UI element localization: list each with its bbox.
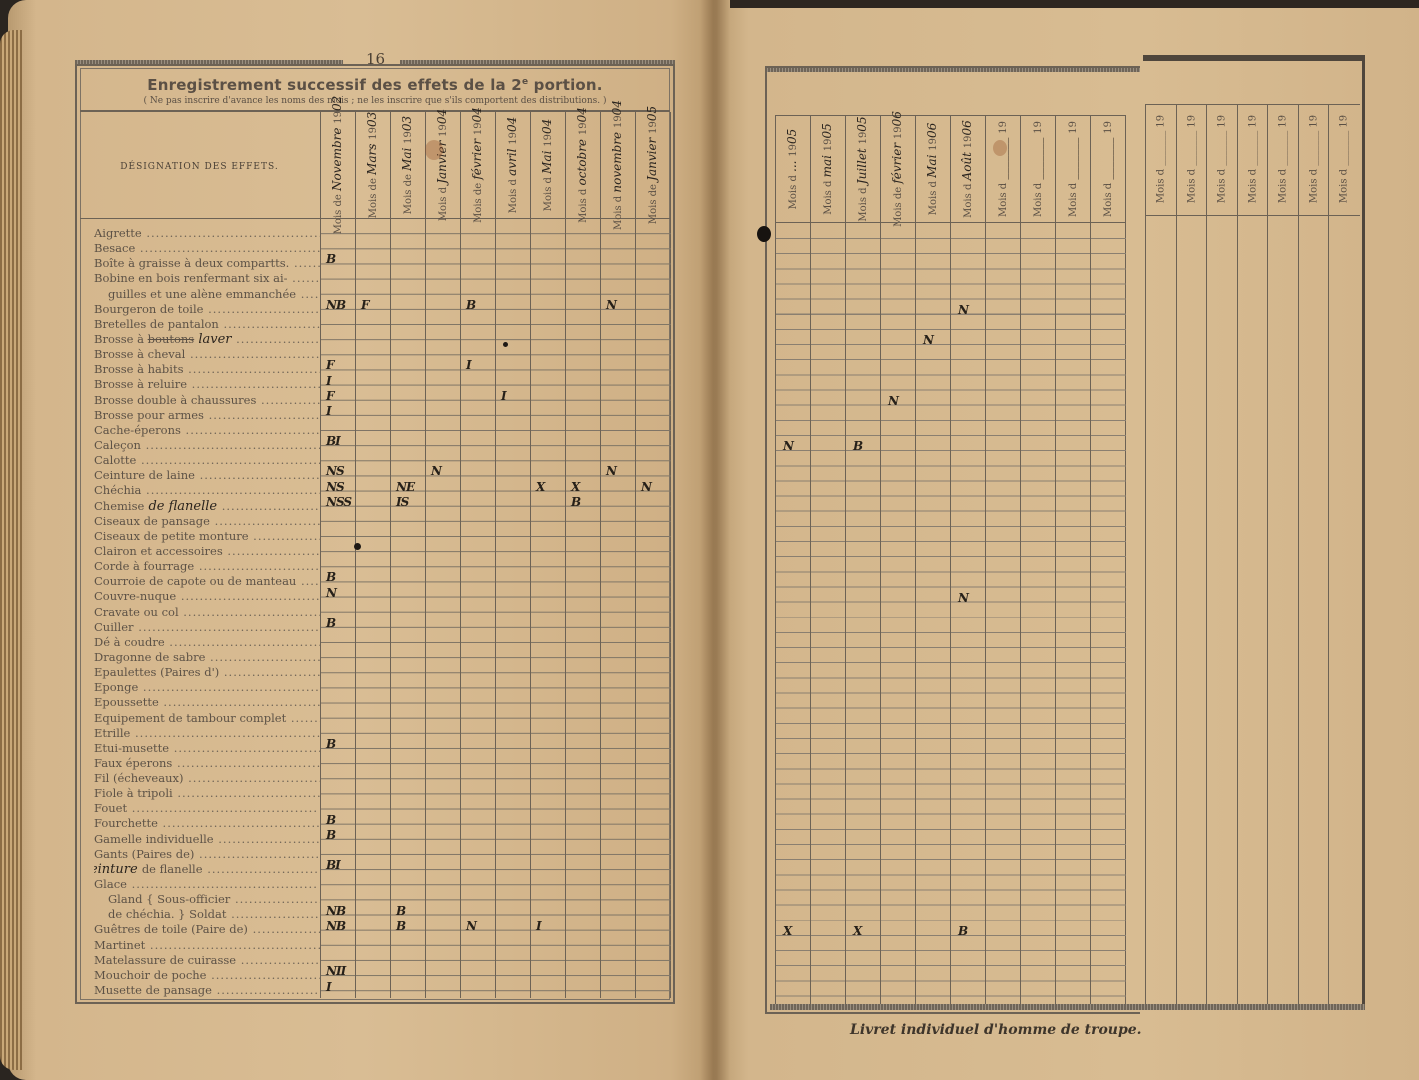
- item-row: Glace ..................................…: [94, 877, 320, 892]
- item-row: Corde à fourrage .......................…: [94, 559, 320, 574]
- month-prefix: de: [333, 191, 344, 207]
- struck-text: boutons: [148, 332, 195, 346]
- month-label: Mois: [403, 186, 414, 214]
- month-label: Mois: [1068, 189, 1079, 217]
- month-label: Mois: [1156, 175, 1167, 203]
- item-label: Guêtres de toile (Paire de): [94, 922, 248, 936]
- handwritten-mark: X: [853, 924, 861, 938]
- item-label: Chemise: [94, 499, 144, 513]
- leader-dots: ........................................: [249, 529, 320, 543]
- month-label: Mois: [823, 187, 834, 215]
- month-column-header: Mois d Juillet 1905: [845, 116, 879, 222]
- designation-header: DÉSIGNATION DES EFFETS.: [82, 162, 317, 172]
- column-divider: [1176, 104, 1177, 1004]
- handwritten-month: Mars: [365, 140, 379, 175]
- handwritten-mark: N: [431, 464, 441, 478]
- item-row: Equipement de tambour complet ..........…: [94, 711, 320, 726]
- item-label: Epaulettes (Paires d'): [94, 665, 219, 679]
- year-prefix: 19: [508, 132, 519, 145]
- item-row: Aigrette ...............................…: [94, 226, 320, 241]
- distribution-grid: BNBFBNFIIFIIBINSNNNSNEXXNNSSISBBNBBBBBIN…: [320, 220, 670, 998]
- handwritten-mark: N: [606, 464, 616, 478]
- handwritten-year: 04: [540, 119, 554, 134]
- leader-dots: ........................................: [205, 650, 320, 664]
- leader-dots: ........................................: [183, 362, 320, 376]
- handwritten-mark: F: [326, 358, 334, 372]
- handwritten-mark: N: [888, 394, 898, 408]
- item-label: Gland { Sous-officier: [108, 892, 230, 906]
- item-label: de chéchia. } Soldat: [108, 907, 226, 921]
- handwritten-mark: B: [466, 298, 475, 312]
- handwritten-mark: B: [958, 924, 967, 938]
- item-row: Epaulettes (Paires d') .................…: [94, 665, 320, 680]
- item-label: Ceinture de laine: [94, 468, 195, 482]
- month-column-header: Mois d Mai 1904: [530, 112, 564, 218]
- page-edges: [0, 30, 22, 1070]
- right-bottom-rule: [770, 1004, 1365, 1010]
- handwritten-mark: N: [923, 333, 933, 347]
- handwritten-month: mai: [820, 151, 834, 177]
- month-prefix: de: [473, 180, 484, 196]
- month-prefix: d: [788, 172, 799, 182]
- item-row: Chemise de flanelle ....................…: [94, 499, 320, 514]
- year-prefix: 19: [1033, 121, 1044, 134]
- column-divider: [1328, 104, 1329, 1004]
- month-prefix: d _______: [1217, 128, 1228, 176]
- handwritten-month: ...: [785, 157, 799, 172]
- item-row: Dé à coudre ............................…: [94, 635, 320, 650]
- month-label: Mois: [1103, 189, 1114, 217]
- month-column-header: Mois d _______ 19: [1267, 106, 1297, 212]
- ink-dot: [503, 342, 508, 347]
- item-label: Equipement de tambour complet: [94, 711, 286, 725]
- year-prefix: 19: [648, 121, 659, 134]
- handwritten-year: 05: [645, 106, 659, 121]
- grid-column: [390, 220, 426, 998]
- month-header-text: Mois d _______ 19: [1306, 115, 1319, 203]
- month-prefix: de: [368, 175, 379, 191]
- month-header-text: Mois d _______ 19: [1245, 115, 1258, 203]
- month-column-header: Mois d Mai 1906: [915, 116, 949, 222]
- month-prefix: de: [648, 181, 659, 197]
- column-divider: [1145, 104, 1146, 1004]
- month-label: Mois: [543, 183, 554, 211]
- leader-dots: ........................................: [296, 287, 320, 301]
- page-subtitle: ( Ne pas inscrire d'avance les noms des …: [80, 96, 670, 106]
- item-row: Fouet ..................................…: [94, 801, 320, 816]
- month-column-header: Mois de février 1906: [880, 116, 914, 222]
- item-row: Ciseaux de petite monture ..............…: [94, 529, 320, 544]
- leader-dots: ........................................: [172, 756, 320, 770]
- item-label: Cravate ou col: [94, 605, 179, 619]
- month-label: Mois: [438, 193, 449, 221]
- month-label: Mois: [368, 190, 379, 218]
- item-row: Martinet ...............................…: [94, 938, 320, 953]
- month-label: Mois: [1308, 175, 1319, 203]
- month-prefix: d _______: [1339, 128, 1350, 176]
- month-header-text: Mois de Novembre 1902: [330, 96, 344, 235]
- handwritten-mark: NE: [396, 480, 414, 494]
- year-prefix: 19: [893, 126, 904, 139]
- month-prefix: d: [1033, 180, 1044, 190]
- item-row: Gants (Paires de) ......................…: [94, 847, 320, 862]
- item-label: Bourgeron de toile: [94, 302, 203, 316]
- month-label: Mois: [1186, 175, 1197, 203]
- month-label: Mois: [788, 182, 799, 210]
- handwritten-year: 03: [365, 112, 379, 127]
- handwritten-mark: N: [783, 439, 793, 453]
- item-label: Faux éperons: [94, 756, 172, 770]
- item-row: Besace .................................…: [94, 241, 320, 256]
- month-label: Mois: [1033, 189, 1044, 217]
- item-row: Bourgeron de toile .....................…: [94, 302, 320, 317]
- background-strip: [730, 0, 1419, 8]
- handwritten-month: _______: [1065, 134, 1079, 180]
- month-column-header: Mois d novembre 1904: [600, 112, 634, 218]
- item-row: Etui-musette ...........................…: [94, 741, 320, 756]
- handwritten-month: février: [890, 139, 904, 184]
- handwritten-mark: BI: [326, 858, 340, 872]
- column-divider: [1206, 104, 1207, 1004]
- handwritten-year: 06: [890, 111, 904, 126]
- month-prefix: d _______: [1186, 128, 1197, 176]
- item-label: Fil (écheveaux): [94, 771, 183, 785]
- item-label: Ciseaux de petite monture: [94, 529, 249, 543]
- item-label: Etrille: [94, 726, 130, 740]
- handwritten-mark: I: [466, 358, 471, 372]
- book-gutter: [700, 0, 730, 1080]
- year-prefix: 19: [963, 135, 974, 148]
- leader-dots: ........................................: [288, 271, 320, 285]
- month-column-header: Mois d octobre 1904: [565, 112, 599, 218]
- month-prefix: de: [893, 184, 904, 200]
- handwritten-month: Janvier: [645, 134, 659, 181]
- handwritten-mark: NS: [326, 480, 344, 494]
- handwritten-year: 05: [855, 116, 869, 131]
- leader-dots: ........................................: [181, 423, 320, 437]
- item-row: Couvre-nuque ...........................…: [94, 589, 320, 604]
- item-label: Bobine en bois renfermant six ai-: [94, 271, 288, 285]
- item-row: Mouchoir de poche ......................…: [94, 968, 320, 983]
- item-row: Cuiller ................................…: [94, 620, 320, 635]
- item-row: Bretelles de pantalon ..................…: [94, 317, 320, 332]
- item-row: Fiole à tripoli ........................…: [94, 786, 320, 801]
- item-list: Aigrette ...............................…: [94, 226, 320, 998]
- month-prefix: d: [998, 180, 1009, 190]
- page-footer: Livret individuel d'homme de troupe.: [850, 1022, 1142, 1038]
- month-prefix: d: [613, 193, 624, 203]
- item-row: Cache-éperons ..........................…: [94, 423, 320, 438]
- item-label: Brosse double à chaussures: [94, 393, 256, 407]
- item-row: Calotte ................................…: [94, 453, 320, 468]
- column-divider: [1298, 104, 1299, 1004]
- item-row: Musette de pansage .....................…: [94, 983, 320, 998]
- month-column-header: Mois de Mars 1903: [355, 112, 389, 218]
- handwritten-mark: X: [783, 924, 791, 938]
- handwritten-mark: N: [958, 303, 968, 317]
- item-label: Gants (Paires de): [94, 847, 194, 861]
- grid-column: [460, 220, 496, 998]
- item-row: Matelassure de cuirasse ................…: [94, 953, 320, 968]
- item-row: Brosse pour armes ......................…: [94, 408, 320, 423]
- month-header-text: Mois d _______ 19: [1184, 115, 1197, 203]
- item-row: Chéchia ................................…: [94, 483, 320, 498]
- grid-column: [775, 225, 811, 1003]
- leader-dots: ........................................: [138, 680, 320, 694]
- item-label: guilles et une alène emmanchée: [108, 287, 296, 301]
- handwritten-mark: I: [326, 374, 331, 388]
- month-prefix: d: [1103, 180, 1114, 190]
- month-header-text: Mois d _______ 19: [1065, 121, 1079, 217]
- month-header-text: Mois d mai 1905: [820, 123, 834, 215]
- leader-dots: ........................................: [127, 877, 318, 891]
- handwritten-mark: N: [958, 591, 968, 605]
- item-label: Couvre-nuque: [94, 589, 176, 603]
- grid-column: [355, 220, 391, 998]
- month-column-header: Mois de Janvier 1905: [635, 112, 669, 218]
- year-prefix: 19: [578, 122, 589, 135]
- handwritten-year: 05: [820, 123, 834, 138]
- month-prefix: d: [823, 177, 834, 187]
- handwritten-mark: I: [326, 404, 331, 418]
- leader-dots: ........................................: [135, 241, 320, 255]
- month-header-text: Mois de Mai 1903: [400, 116, 414, 214]
- month-prefix: d _______: [1278, 128, 1289, 176]
- month-header-text: Mois d Janvier 1904: [435, 109, 449, 221]
- leader-dots: ........................................: [134, 620, 320, 634]
- year-prefix: 19: [1247, 115, 1258, 128]
- item-label: Mouchoir de poche: [94, 968, 206, 982]
- handwritten-year: 06: [925, 123, 939, 138]
- right-header-divider: [775, 222, 1125, 223]
- item-row: Courroie de capote ou de manteau .......…: [94, 574, 320, 589]
- item-label: Aigrette: [94, 226, 142, 240]
- leader-dots: ........................................: [204, 408, 320, 422]
- handwritten-mark: X: [571, 480, 579, 494]
- year-prefix: 19: [1156, 115, 1167, 128]
- year-prefix: 19: [928, 138, 939, 151]
- leader-dots: ........................................: [226, 907, 320, 921]
- column-divider: [1237, 104, 1238, 1004]
- handwritten-month: Août: [960, 148, 974, 180]
- item-label: Besace: [94, 241, 135, 255]
- grid-column: [1020, 225, 1056, 1003]
- leader-dots: ........................................: [187, 377, 320, 391]
- handwritten-mark: NB: [326, 919, 345, 933]
- year-prefix: 19: [613, 115, 624, 128]
- handwritten-mark: N: [641, 480, 651, 494]
- item-label: Corde à fourrage: [94, 559, 194, 573]
- handwritten-mark: IS: [396, 495, 408, 509]
- item-label: Fiole à tripoli: [94, 786, 173, 800]
- handwritten-annotation: Ceinture: [94, 862, 142, 877]
- item-label: Glace: [94, 877, 127, 891]
- grid-column: [425, 220, 461, 998]
- leader-dots: ........................................: [194, 847, 320, 861]
- month-prefix: d: [858, 184, 869, 194]
- handwritten-mark: NB: [326, 904, 345, 918]
- item-row: Fourchette .............................…: [94, 816, 320, 831]
- leader-dots: ........................................: [141, 438, 320, 452]
- item-label: Epoussette: [94, 695, 159, 709]
- leader-dots: ........................................: [210, 514, 320, 528]
- item-row: Eponge .................................…: [94, 680, 320, 695]
- grid-column: [985, 225, 1021, 1003]
- leader-dots: ........................................: [173, 786, 320, 800]
- month-label: Mois: [508, 186, 519, 214]
- month-label: Mois: [928, 187, 939, 215]
- month-header-text: Mois de février 1904: [470, 107, 484, 223]
- leader-dots: ........................................: [142, 226, 320, 240]
- grid-column: [320, 220, 356, 998]
- item-label: Brosse à reluire: [94, 377, 187, 391]
- open-booklet: 16 Enregistrement successif des effets d…: [0, 0, 1419, 1080]
- leader-dots: ........................................: [165, 635, 320, 649]
- year-prefix: 19: [1068, 121, 1079, 134]
- year-prefix: 19: [823, 138, 834, 151]
- handwritten-mark: NSS: [326, 495, 351, 509]
- month-prefix: d: [963, 180, 974, 190]
- handwritten-mark: BI: [326, 434, 340, 448]
- leader-dots: ........................................: [206, 968, 320, 982]
- year-prefix: 19: [1217, 115, 1228, 128]
- year-prefix: 19: [1103, 121, 1114, 134]
- handwritten-year: 04: [435, 109, 449, 124]
- leader-dots: ........................................: [141, 483, 320, 497]
- binding-hole: [757, 226, 771, 242]
- handwritten-mark: NB: [326, 298, 345, 312]
- handwritten-mark: B: [396, 919, 405, 933]
- year-prefix: 19: [333, 111, 344, 124]
- leader-dots: ........................................: [145, 938, 320, 952]
- handwritten-mark: B: [326, 616, 335, 630]
- leader-dots: ........................................: [232, 332, 321, 346]
- item-label: de flanelle: [142, 862, 203, 876]
- item-row: Brosse à cheval ........................…: [94, 347, 320, 362]
- leader-dots: ........................................: [159, 695, 320, 709]
- month-header-text: Mois de Mars 1903: [365, 112, 379, 218]
- handwritten-mark: B: [396, 904, 405, 918]
- item-row: Etrille ................................…: [94, 726, 320, 741]
- month-column-header: Mois d _______ 19: [1206, 106, 1236, 212]
- item-row: Fil (écheveaux) ........................…: [94, 771, 320, 786]
- year-prefix: 19: [1278, 115, 1289, 128]
- leader-dots: ........................................: [223, 544, 320, 558]
- leader-dots: ........................................: [289, 256, 320, 270]
- month-column-header: Mois d _______ 19: [1298, 106, 1328, 212]
- month-column-header: Mois d avril 1904: [495, 112, 529, 218]
- month-header-text: Mois d Août 1906: [960, 120, 974, 218]
- month-header-text: Mois d _______ 19: [1215, 115, 1228, 203]
- item-label: Brosse pour armes: [94, 408, 204, 422]
- month-column-header: Mois d _______ 19: [985, 116, 1019, 222]
- grid-column: [565, 220, 601, 998]
- grid-column: [880, 225, 916, 1003]
- grid-column: [635, 220, 671, 998]
- item-row: Guêtres de toile (Paire de) ............…: [94, 922, 320, 937]
- handwritten-month: Mai: [540, 147, 554, 174]
- handwritten-year: 04: [470, 107, 484, 122]
- month-header-text: Mois d Mai 1904: [540, 119, 554, 211]
- column-divider: [1267, 104, 1268, 1004]
- grid-column: [915, 225, 951, 1003]
- year-prefix: 19: [368, 127, 379, 140]
- item-row: Boîte à graisse à deux compartts. ......…: [94, 256, 320, 271]
- month-header-text: Mois d _______ 19: [1337, 115, 1350, 203]
- month-header-text: Mois d _______ 19: [1030, 121, 1044, 217]
- leader-dots: ........................................: [194, 559, 320, 573]
- item-label: Calotte: [94, 453, 136, 467]
- grid-column: [1090, 225, 1126, 1003]
- leader-dots: ........................................: [203, 302, 320, 316]
- year-prefix: 19: [438, 124, 449, 137]
- handwritten-month: Mai: [400, 144, 414, 171]
- item-row: Caleçon ................................…: [94, 438, 320, 453]
- handwritten-mark: NS: [326, 464, 344, 478]
- handwritten-year: 04: [610, 100, 624, 115]
- handwritten-year: 04: [575, 107, 589, 122]
- item-row: Ceinture de laine ......................…: [94, 468, 320, 483]
- leader-dots: ........................................: [136, 453, 320, 467]
- handwritten-mark: B: [326, 828, 335, 842]
- item-label: Cache-éperons: [94, 423, 181, 437]
- grid-column: [530, 220, 566, 998]
- month-prefix: d: [578, 185, 589, 195]
- item-label: Musette de pansage: [94, 983, 212, 997]
- leader-dots: ........................................: [127, 801, 318, 815]
- leader-dots: ........................................: [176, 589, 320, 603]
- month-prefix: de: [403, 171, 414, 187]
- month-label: Mois: [1278, 175, 1289, 203]
- handwritten-year: 04: [505, 117, 519, 132]
- leader-dots: ........................................: [169, 741, 320, 755]
- item-label: Chéchia: [94, 483, 141, 497]
- item-label: Brosse à habits: [94, 362, 183, 376]
- page-title: Enregistrement successif des effets de l…: [80, 76, 670, 94]
- month-label: Mois: [578, 195, 589, 223]
- grid-column: [845, 225, 881, 1003]
- month-column-header: Mois d _______ 19: [1237, 106, 1267, 212]
- leader-dots: ........................................: [219, 665, 320, 679]
- month-label: Mois: [1339, 175, 1350, 203]
- item-row: Cravate ou col .........................…: [94, 605, 320, 620]
- item-label: Clairon et accessoires: [94, 544, 223, 558]
- grid-column: [600, 220, 636, 998]
- item-label: Eponge: [94, 680, 138, 694]
- month-header-text: Mois d _______ 19: [1154, 115, 1167, 203]
- year-prefix: 19: [1308, 115, 1319, 128]
- leader-dots: ........................................: [179, 605, 320, 619]
- month-column-header: Mois d _______ 19: [1145, 106, 1175, 212]
- ink-stain: [425, 140, 443, 160]
- year-prefix: 19: [403, 131, 414, 144]
- year-prefix: 19: [473, 122, 484, 135]
- leader-dots: ........................................: [230, 892, 320, 906]
- month-label: Mois: [1247, 175, 1258, 203]
- item-label: Dé à coudre: [94, 635, 165, 649]
- item-row: de chéchia. } Soldat ...................…: [94, 907, 320, 922]
- grid-column: [1055, 225, 1091, 1003]
- item-label: Ciseaux de pansage: [94, 514, 210, 528]
- year-prefix: 19: [543, 134, 554, 147]
- item-row: Gland { Sous-officier ..................…: [94, 892, 320, 907]
- month-label: Mois: [1217, 175, 1228, 203]
- month-prefix: d: [1068, 180, 1079, 190]
- month-label: Mois: [858, 194, 869, 222]
- handwritten-mark: F: [326, 389, 334, 403]
- month-header-text: Mois de Janvier 1905: [645, 106, 659, 224]
- handwritten-mark: X: [536, 480, 544, 494]
